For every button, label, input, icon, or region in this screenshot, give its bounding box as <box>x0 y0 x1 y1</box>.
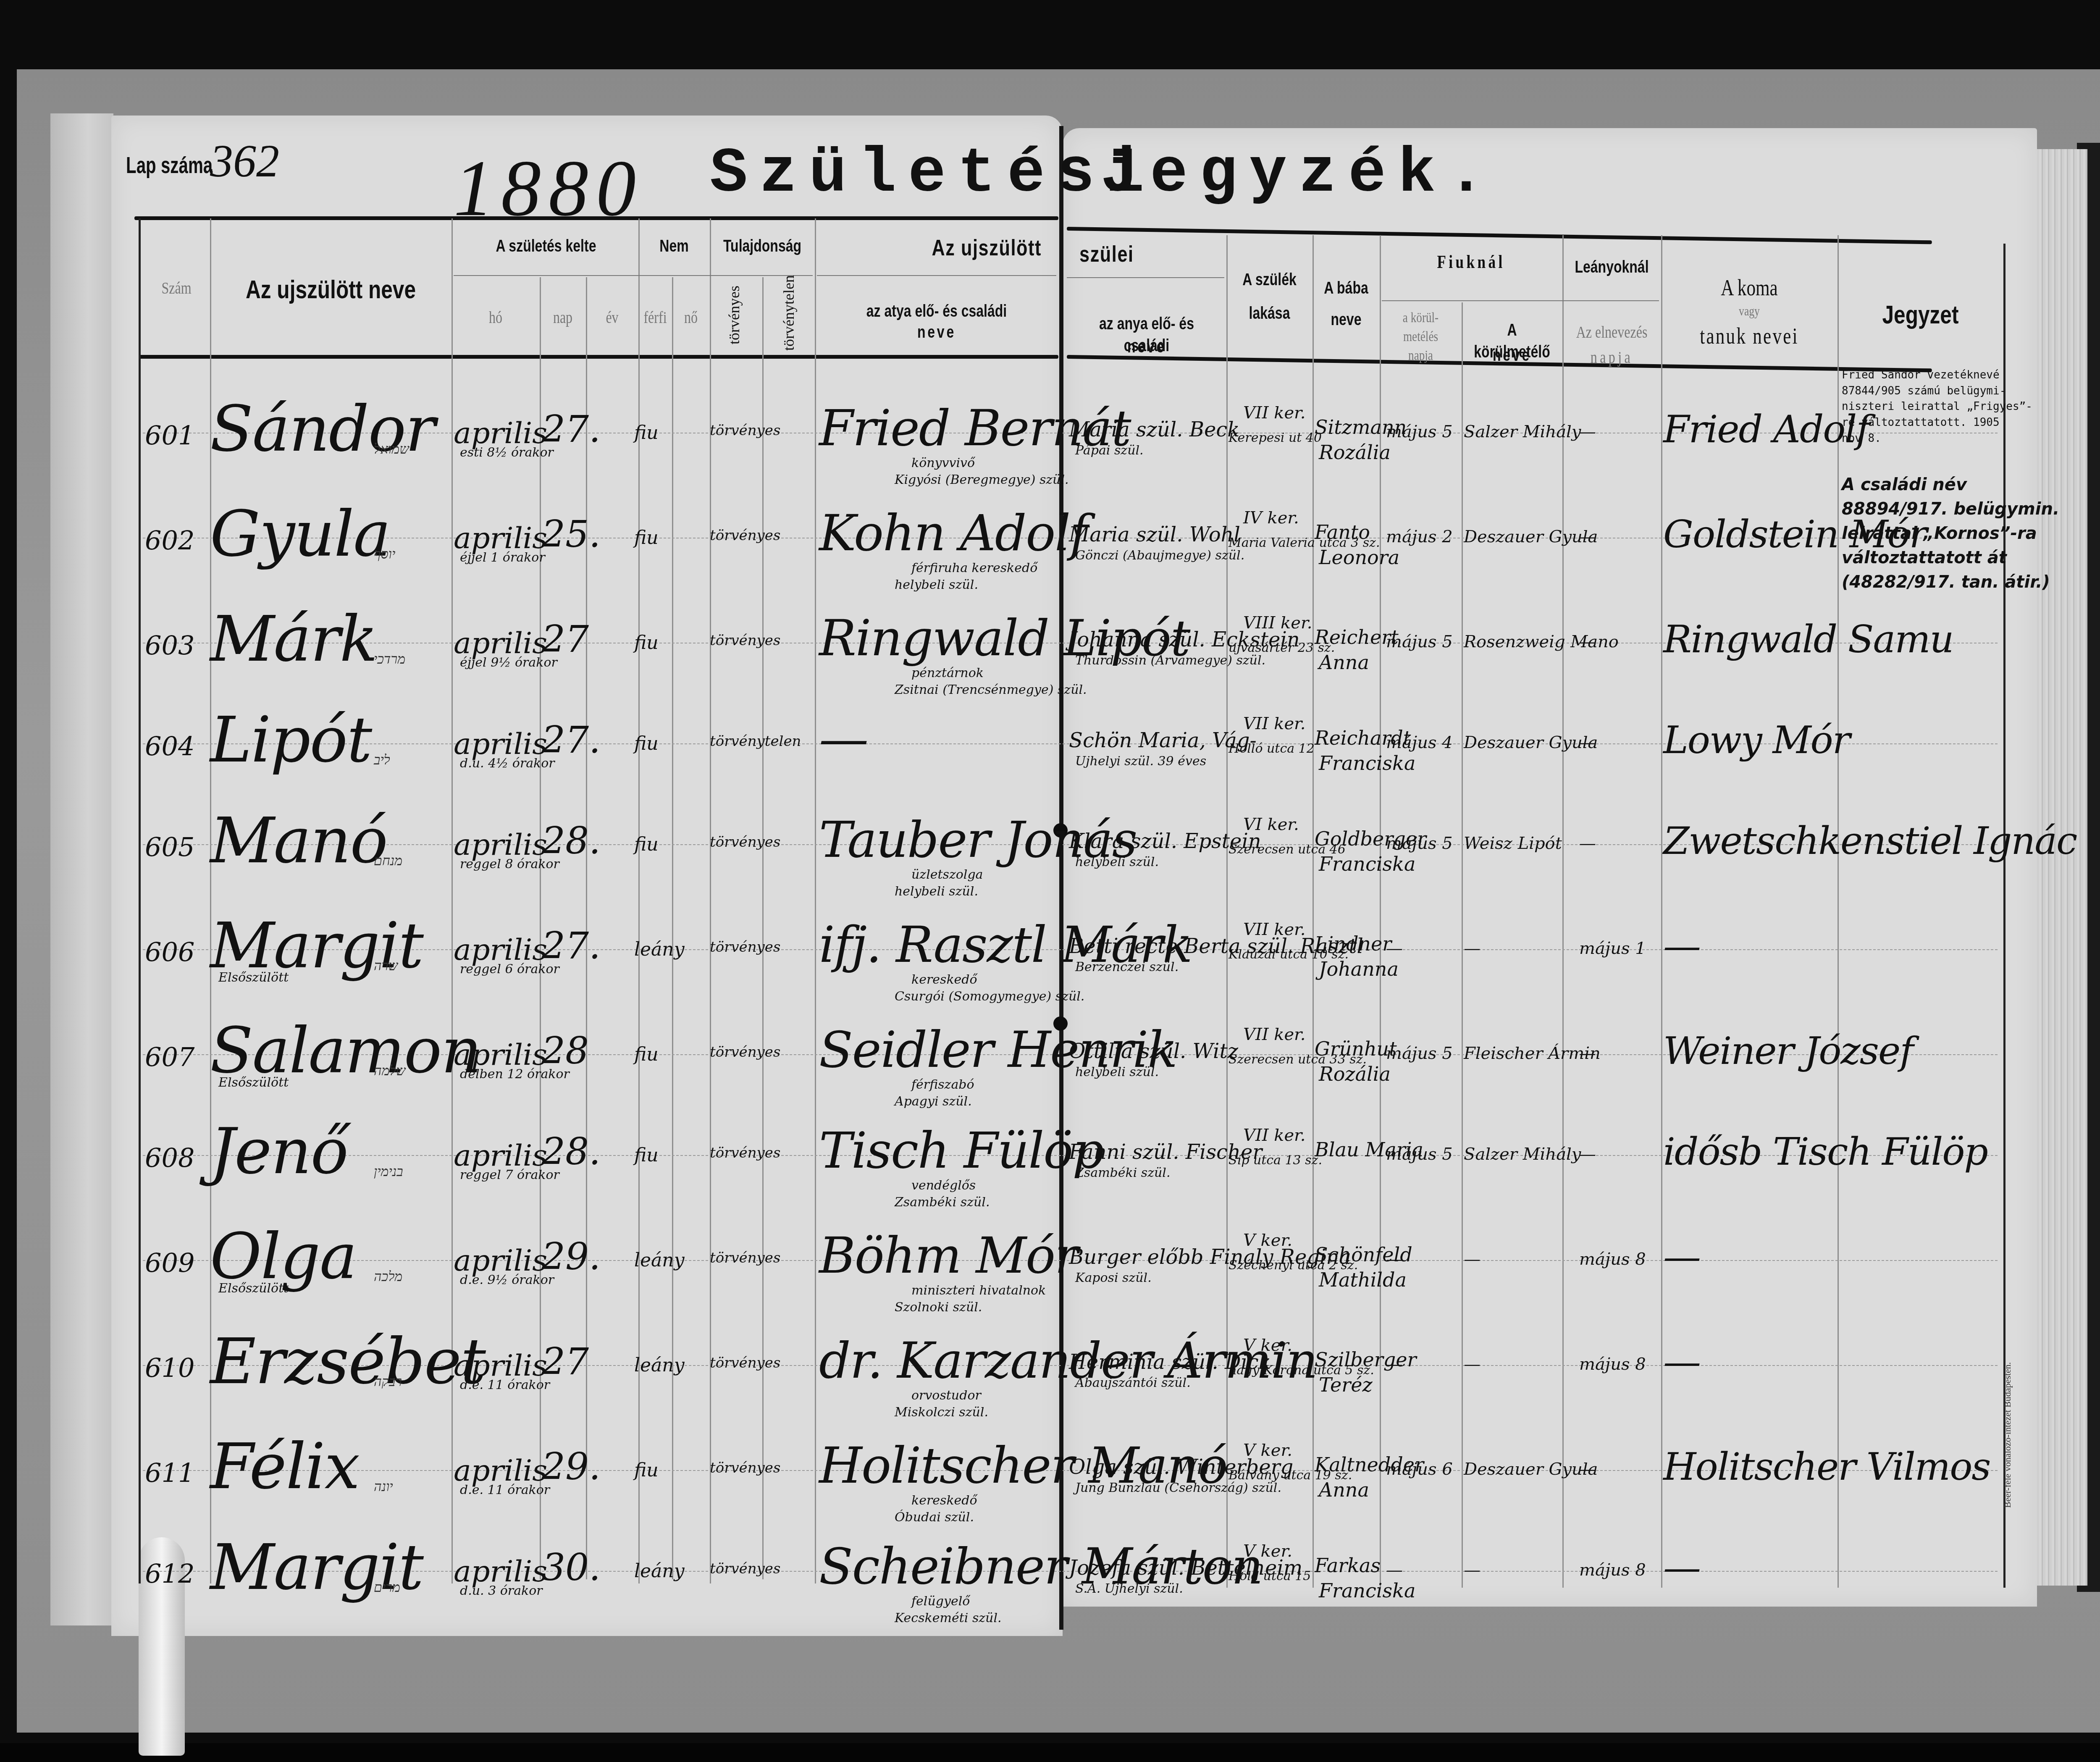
sex: leány <box>634 1560 685 1582</box>
sex: fiu <box>634 733 659 754</box>
subheader-rule <box>1382 300 1659 301</box>
circumcision-date: május 5 <box>1386 1044 1453 1063</box>
header-circ-date-2: metélés <box>1388 328 1454 346</box>
mother-origin: Berzenczei szül. <box>1075 960 1179 974</box>
note: A családi név 88894/917. belügymin. leir… <box>1842 473 2059 594</box>
naming-date: május 1 <box>1579 939 1646 958</box>
circumciser-name: — <box>1464 1560 1480 1580</box>
midwife-name-2: Johanna <box>1319 958 1399 980</box>
father-occupation: pénztárnok <box>911 666 984 680</box>
header-naming-date: Az elnevezés <box>1572 321 1651 343</box>
father-occupation: felügyelő <box>911 1594 970 1609</box>
entry-number: 611 <box>145 1457 194 1488</box>
header-parents-right: szülei <box>1079 239 1163 269</box>
father-occupation: üzletszolga <box>911 867 983 882</box>
midwife-name: Fanto <box>1315 521 1370 544</box>
sex: fiu <box>634 834 659 855</box>
entry-number: 609 <box>145 1247 194 1278</box>
father-origin: Kigyósi (Beregmegye) szül. <box>895 473 1069 487</box>
sex: leány <box>634 939 685 960</box>
entry-number: 610 <box>145 1352 194 1383</box>
godparent-name: Weiner József <box>1663 1029 1913 1073</box>
legitimacy: törvényes <box>710 1355 780 1371</box>
header-day: nap <box>544 307 581 328</box>
residence-street: Holló utca 12 <box>1228 741 1315 756</box>
child-name: Félix <box>210 1430 359 1503</box>
godparent-name: Holitscher Vilmos <box>1663 1445 1990 1489</box>
circumciser-name: Deszauer Gyula <box>1464 733 1598 752</box>
godparent-name: Fried Adolf <box>1663 407 1869 452</box>
naming-date: — <box>1579 733 1596 752</box>
legitimacy: törvényes <box>710 1560 780 1577</box>
birth-time: éjjel 1 órakor <box>460 550 545 565</box>
hebrew-name: שרה <box>374 958 398 974</box>
father-origin: Zsitnai (Trencsénmegye) szül. <box>895 683 1087 697</box>
birth-day: 27. <box>542 407 601 451</box>
residence-district: V ker. <box>1243 1541 1292 1561</box>
header-birth-date: A születés kelte <box>470 235 622 257</box>
header-bottom-rule-left <box>139 355 1058 359</box>
header-godparents: A koma <box>1679 273 1820 302</box>
sex: leány <box>634 1355 685 1376</box>
birth-day: 25. <box>542 512 601 556</box>
hebrew-name: יונה <box>374 1478 393 1494</box>
father-occupation: férfiszabó <box>911 1077 974 1092</box>
naming-date: — <box>1579 834 1596 853</box>
child-firstborn-note: Elsőszülött <box>218 970 289 985</box>
subheader-rule <box>1067 277 1224 278</box>
birth-day: 30. <box>542 1546 601 1589</box>
hebrew-name: שלמה <box>374 1063 405 1079</box>
header-male: férfi <box>642 307 669 328</box>
birth-day: 29. <box>542 1445 601 1488</box>
child-name: Márk <box>210 603 377 676</box>
residence-district: VII ker. <box>1243 714 1306 733</box>
father-origin: Szolnoki szül. <box>895 1300 982 1315</box>
naming-date: május 8 <box>1579 1560 1646 1580</box>
hebrew-name: ליב <box>374 752 390 768</box>
midwife-name: Lindner <box>1315 932 1391 955</box>
naming-date: — <box>1579 422 1596 441</box>
circumciser-name: Weisz Lipót <box>1464 834 1562 853</box>
header-midwife-2: neve <box>1319 309 1373 331</box>
page-number-label: Lap száma <box>126 151 213 179</box>
note: Fried Sándor vezetéknevé 87844/905 számú… <box>1842 368 2032 446</box>
sex: leány <box>634 1250 685 1271</box>
column-divider <box>139 218 141 1583</box>
hebrew-name: מלכה <box>374 1268 402 1284</box>
child-name: Manó <box>210 804 387 877</box>
circumciser-name: Deszauer Gyula <box>1464 527 1598 546</box>
sex: fiu <box>634 422 659 444</box>
mother-origin: Abaujszántói szül. <box>1075 1376 1191 1390</box>
header-notes: Jegyzet <box>1854 298 1987 332</box>
child-firstborn-note: Elsőszülött <box>218 1281 289 1296</box>
residence-district: VIII ker. <box>1243 613 1312 633</box>
sex: fiu <box>634 1145 659 1166</box>
mother-name: Maria szül. Wohl <box>1069 523 1240 546</box>
midwife-name-2: Anna <box>1319 1478 1369 1501</box>
godparent-name: — <box>1663 1235 1700 1279</box>
sex: fiu <box>634 527 659 549</box>
legitimacy: törvényes <box>710 1460 780 1476</box>
residence-district: IV ker. <box>1243 508 1299 528</box>
father-name: Kohn Adolf <box>819 504 1087 562</box>
circumcision-date: május 6 <box>1386 1460 1453 1479</box>
register-title-left: Születési <box>710 139 1156 210</box>
naming-date: — <box>1579 1460 1596 1479</box>
hebrew-name: רבקה <box>374 1373 402 1389</box>
child-firstborn-note: Elsőszülött <box>218 1075 289 1090</box>
header-parents-left: Az ujszülött <box>907 233 1042 263</box>
circumcision-date: május 5 <box>1386 1145 1453 1164</box>
header-circ-date: a körül- <box>1388 309 1454 327</box>
residence-district: V ker. <box>1243 1231 1292 1250</box>
entry-number: 607 <box>145 1042 194 1072</box>
entry-number: 604 <box>145 731 194 762</box>
father-origin: helybeli szül. <box>895 884 978 899</box>
father-origin: Miskolczi szül. <box>895 1405 988 1420</box>
subheader-rule <box>817 275 1056 276</box>
entry-number: 602 <box>145 525 194 556</box>
sex: fiu <box>634 1044 659 1065</box>
mother-name: Maria szül. Beck <box>1069 418 1239 441</box>
circumciser-name: Salzer Mihály <box>1464 1145 1581 1164</box>
left-page-stack <box>50 113 113 1625</box>
midwife-name: Grünhut <box>1315 1037 1397 1060</box>
midwife-name-2: Franciska <box>1319 752 1415 775</box>
mother-origin: Pápai szül. <box>1075 443 1144 458</box>
residence-street: Hold utca 15 <box>1228 1569 1311 1583</box>
mother-origin: Ujhelyi szül. 39 éves <box>1075 754 1206 769</box>
mother-origin: helybeli szül. <box>1075 855 1159 869</box>
entry-number: 601 <box>145 420 194 451</box>
entry-number: 605 <box>145 832 194 862</box>
midwife-name-2: Mathilda <box>1319 1268 1407 1291</box>
father-occupation: miniszteri hivatalnok <box>911 1283 1046 1298</box>
legitimacy: törvényes <box>710 1044 780 1061</box>
hebrew-name: שמואל <box>374 441 409 457</box>
child-name: Lipót <box>210 704 371 777</box>
header-month: hó <box>460 307 531 328</box>
mother-origin: Thurdossin (Árvamegye) szül. <box>1075 653 1265 668</box>
header-mother-neve: neve <box>1083 336 1210 358</box>
mother-origin: helybeli szül. <box>1075 1065 1159 1079</box>
circumcision-date: május 4 <box>1386 733 1453 752</box>
sex: fiu <box>634 1460 659 1481</box>
legitimacy: törvényes <box>710 1250 780 1266</box>
header-midwife: A bába <box>1319 277 1373 299</box>
scanner-edge <box>0 1743 2100 1762</box>
father-occupation: könyvvivő <box>911 456 975 470</box>
naming-date: — <box>1579 527 1596 546</box>
column-divider <box>1462 302 1463 1588</box>
legitimacy: törvényes <box>710 422 780 439</box>
mother-origin: Gönczi (Abaujmegye) szül. <box>1075 548 1244 563</box>
legitimacy: törvényes <box>710 939 780 956</box>
entry-number: 603 <box>145 630 194 661</box>
father-occupation: kereskedő <box>911 972 977 987</box>
mother-origin: S.A. Ujhelyi szül. <box>1075 1581 1183 1596</box>
residence-street: Kerepesi ut 40 <box>1228 431 1322 445</box>
naming-date: május 8 <box>1579 1250 1646 1269</box>
godparent-name: — <box>1663 1340 1700 1384</box>
residence-district: V ker. <box>1243 1336 1292 1355</box>
book-gutter <box>1059 126 1063 1630</box>
legitimacy: törvénytelen <box>710 733 801 750</box>
residence-district: V ker. <box>1243 1441 1292 1460</box>
header-naming-date-2: napja <box>1572 347 1651 368</box>
midwife-name-2: Rozália <box>1319 441 1391 464</box>
printer-mark: Beer-féle vonalozó-intézet Budapesten. <box>2002 1362 2013 1508</box>
legitimacy: törvényes <box>710 834 780 851</box>
midwife-name: Farkas <box>1315 1554 1381 1577</box>
birth-time: d.e. 11 órakor <box>460 1378 550 1392</box>
circumcision-date: május 5 <box>1386 422 1453 441</box>
header-female: nő <box>676 307 706 328</box>
header-residence: A szülék <box>1235 269 1304 291</box>
father-name: Böhm Mór <box>819 1226 1077 1284</box>
entry-number: 608 <box>145 1142 194 1173</box>
header-top-rule-left <box>134 216 1058 220</box>
circumcision-date: — <box>1386 1560 1403 1580</box>
midwife-name-2: Leonora <box>1319 546 1399 569</box>
hebrew-name: מרים <box>374 1579 400 1595</box>
header-residence-2: lakása <box>1235 302 1304 324</box>
legitimacy: törvényes <box>710 632 780 649</box>
sex: fiu <box>634 632 659 654</box>
residence-district: VII ker. <box>1243 1126 1306 1145</box>
father-origin: Óbudai szül. <box>895 1510 974 1525</box>
birth-day: 28. <box>542 1130 601 1173</box>
birth-day: 27. <box>542 718 601 762</box>
father-name: Tisch Fülöp <box>819 1121 1103 1179</box>
entry-number: 612 <box>145 1558 194 1589</box>
circumciser-name: Salzer Mihály <box>1464 422 1581 441</box>
register-title-right: Jegyzék. <box>1100 139 1497 210</box>
father-origin: Apagyi szül. <box>895 1094 972 1109</box>
residence-district: VII ker. <box>1243 1025 1306 1044</box>
page-number: 362 <box>210 134 279 188</box>
midwife-name-2: Franciska <box>1319 1579 1415 1602</box>
birth-time: d.e. 11 órakor <box>460 1483 550 1497</box>
naming-date: — <box>1579 1044 1596 1063</box>
header-godparents-2: vagy <box>1679 302 1820 320</box>
register-year: 1880 <box>454 143 643 234</box>
father-name: — <box>819 710 868 768</box>
hebrew-name: בנימין <box>374 1163 403 1179</box>
child-name: Jenő <box>210 1115 348 1188</box>
father-origin: helybeli szül. <box>895 578 978 592</box>
column-divider <box>815 218 816 1583</box>
birth-day: 29. <box>542 1235 601 1278</box>
mother-origin: Jung Bunzlau (Csehország) szül. <box>1075 1481 1281 1495</box>
child-name: Erzsébet <box>210 1325 485 1398</box>
circumcision-date: május 5 <box>1386 834 1453 853</box>
birth-day: 27. <box>542 924 601 967</box>
father-occupation: vendéglős <box>911 1178 976 1193</box>
residence-district: VII ker. <box>1243 403 1306 423</box>
circumcision-date: május 2 <box>1386 527 1453 546</box>
circumcision-date: — <box>1386 939 1403 958</box>
birth-day: 28. <box>542 819 601 862</box>
header-child-name: Az ujszülött neve <box>234 273 428 307</box>
godparent-name: — <box>1663 1546 1700 1590</box>
circumcision-date: május 5 <box>1386 632 1453 651</box>
father-origin: Csurgói (Somogymegye) szül. <box>895 989 1084 1004</box>
father-occupation: férfiruha kereskedő <box>911 561 1037 575</box>
circumciser-name: Deszauer Gyula <box>1464 1460 1598 1479</box>
right-page-stack <box>2033 149 2087 1586</box>
circumcision-date: — <box>1386 1355 1403 1374</box>
header-year: év <box>591 307 633 328</box>
header-circ-date-3: napja <box>1388 347 1454 365</box>
header-father: az atya elő- és családi <box>846 300 1027 322</box>
hebrew-name: מרדכי <box>374 651 405 667</box>
godparent-name: Lowy Mór <box>1663 718 1850 762</box>
circumciser-name: — <box>1464 939 1480 958</box>
circumciser-name: — <box>1464 1355 1480 1374</box>
naming-date: — <box>1579 1145 1596 1164</box>
birth-day: 28 <box>542 1029 589 1072</box>
header-number: Szám <box>150 277 203 299</box>
column-divider <box>672 277 673 1579</box>
legitimacy: törvényes <box>710 1145 780 1161</box>
birth-day: 27 <box>542 617 589 661</box>
midwife-name-2: Franciska <box>1319 853 1415 875</box>
column-divider <box>762 277 764 1579</box>
circumciser-name: — <box>1464 1250 1480 1269</box>
child-name: Gyula <box>210 498 390 571</box>
godparent-name: idősb Tisch Fülöp <box>1663 1130 1987 1174</box>
birth-day: 27 <box>542 1340 589 1383</box>
mother-origin: Kaposi szül. <box>1075 1271 1152 1285</box>
subheader-rule <box>454 275 813 276</box>
mother-name: Ottilia szül. Witz <box>1069 1040 1238 1063</box>
birth-time: d.e. 9½ órakor <box>460 1273 554 1287</box>
birth-time: d.u. 4½ órakor <box>460 756 555 771</box>
residence-district: VII ker. <box>1243 920 1306 939</box>
residence-district: VI ker. <box>1243 815 1299 834</box>
hebrew-name: מנחם <box>374 853 402 869</box>
birth-time: d.u. 3 órakor <box>460 1583 543 1598</box>
birth-time: esti 8½ órakor <box>460 445 554 460</box>
godparent-name: Ringwald Samu <box>1663 617 1953 662</box>
column-divider <box>1661 235 1662 1588</box>
naming-date: — <box>1579 632 1596 651</box>
midwife-name-2: Rozália <box>1319 1063 1391 1085</box>
residence-street: Síp utca 13 sz. <box>1228 1153 1322 1168</box>
legitimacy: törvényes <box>710 527 780 544</box>
header-status: Tulajdonság <box>720 235 804 257</box>
header-godparents-3: tanuk nevei <box>1679 321 1820 351</box>
father-origin: Zsambéki szül. <box>895 1195 990 1210</box>
header-legitimate: törvényes <box>724 279 744 351</box>
mother-origin: Zsambéki szül. <box>1075 1166 1171 1180</box>
entry-number: 606 <box>145 937 194 967</box>
circumcision-date: — <box>1386 1250 1403 1269</box>
father-origin: Kecskeméti szül. <box>895 1611 1002 1625</box>
header-sex: Nem <box>646 235 703 257</box>
header-girls: Leányoknál <box>1572 256 1651 278</box>
father-occupation: kereskedő <box>911 1493 977 1508</box>
header-father-neve: neve <box>846 321 1027 343</box>
midwife-name-2: Teréz <box>1319 1373 1373 1396</box>
header-boys: Fiuknál <box>1398 250 1544 274</box>
father-occupation: orvostudor <box>911 1388 981 1403</box>
godparent-name: — <box>1663 924 1700 968</box>
godparent-name: Zwetschkenstiel Ignác <box>1663 819 2076 863</box>
hebrew-name: יוסף <box>374 546 395 562</box>
naming-date: május 8 <box>1579 1355 1646 1374</box>
midwife-name-2: Anna <box>1319 651 1369 674</box>
header-illegitimate: törvénytelen <box>779 279 799 351</box>
header-circumciser-2: neve <box>1472 344 1552 366</box>
